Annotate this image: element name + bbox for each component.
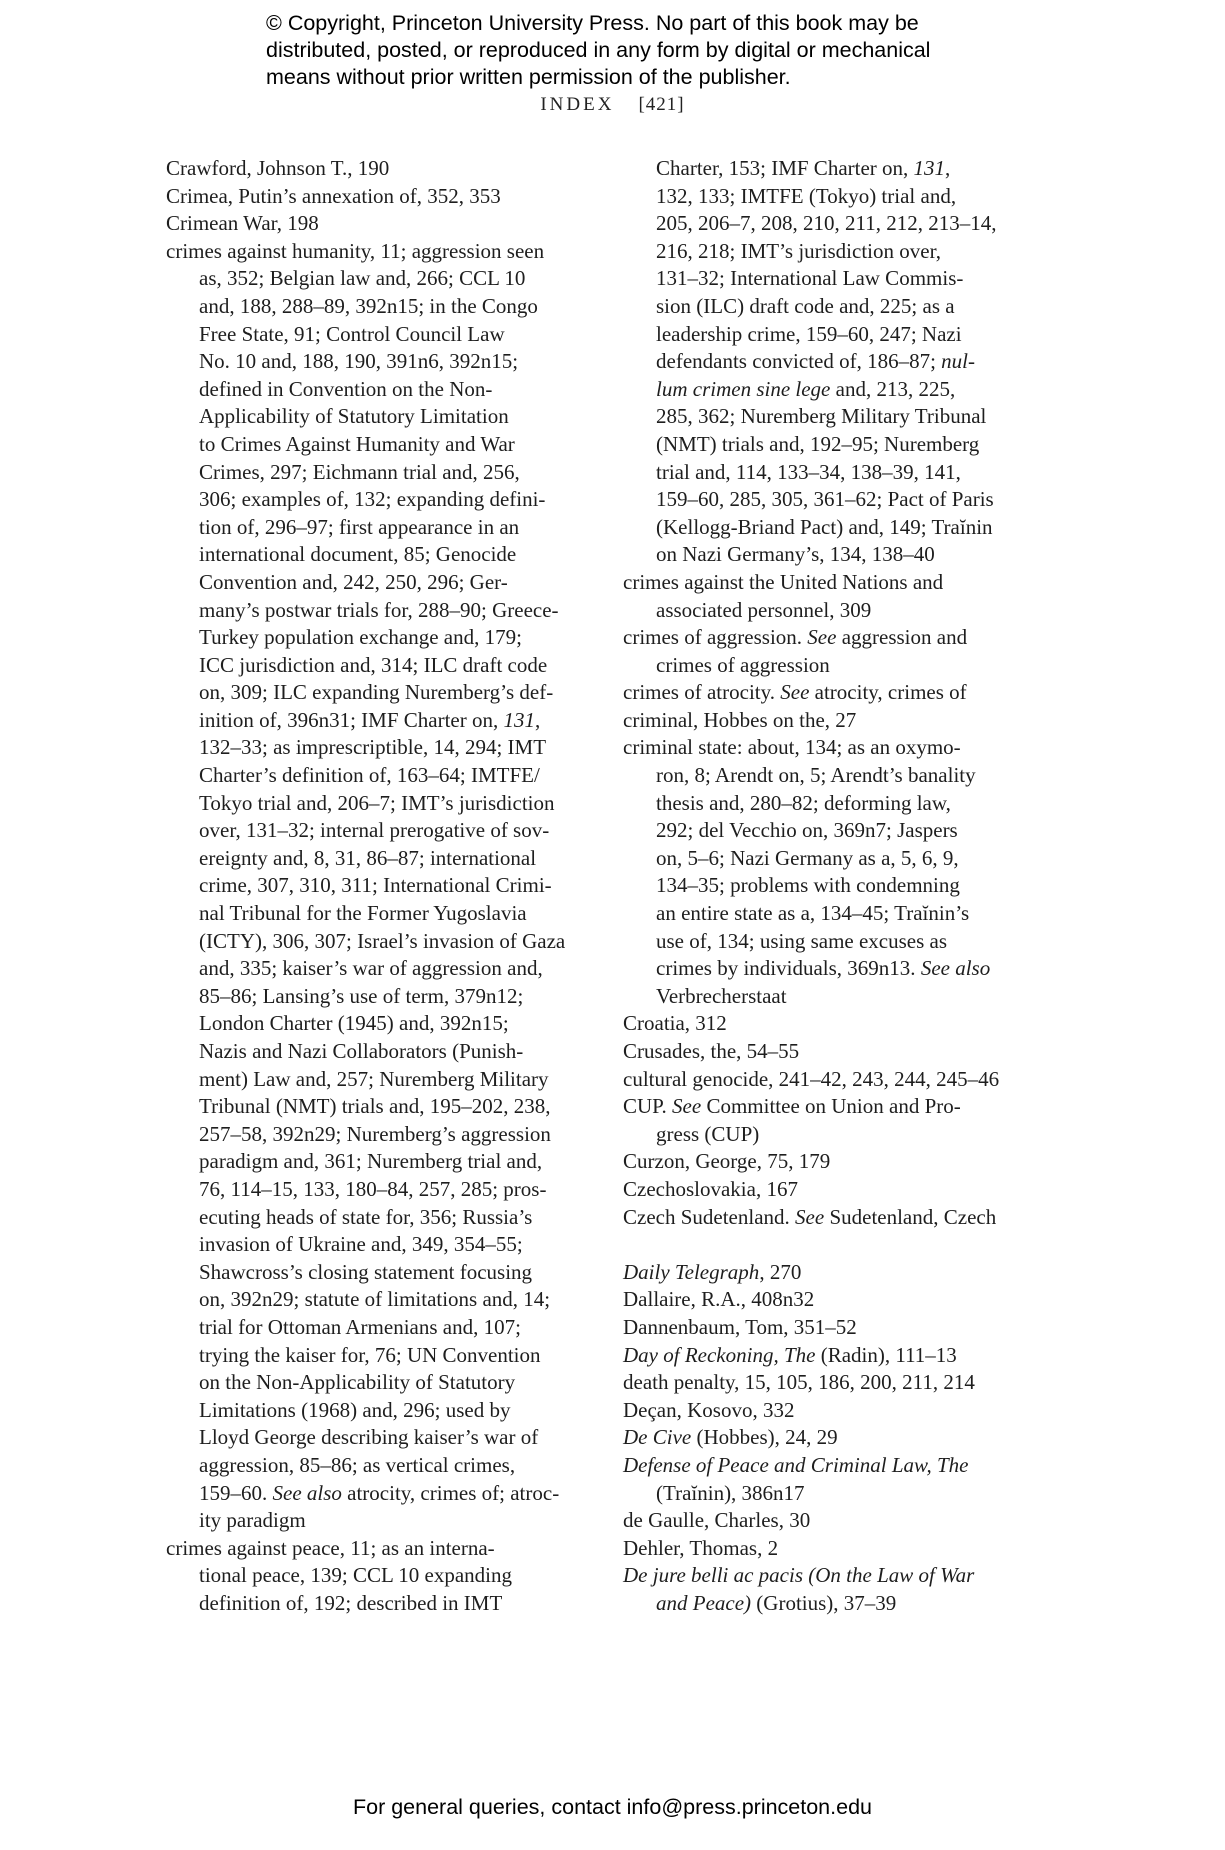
entry-text: aggression, 85–86; as vertical crimes, [199, 1453, 515, 1477]
index-subentry-line: sion (ILC) draft code and, 225; as a [623, 293, 1043, 321]
entry-text: ment) Law and, 257; Nuremberg Military [199, 1067, 549, 1091]
index-subentry-line: definition of, 192; described in IMT [166, 1590, 586, 1618]
italic-text: See [780, 680, 809, 704]
entry-text: crimes of atrocity. [623, 680, 780, 704]
index-subentry-line: gress (CUP) [623, 1121, 1043, 1149]
index-subentry-line: 76, 114–15, 133, 180–84, 257, 285; pros- [166, 1176, 586, 1204]
entry-text: gress (CUP) [656, 1122, 759, 1146]
index-subentry-line: associated personnel, 309 [623, 597, 1043, 625]
entry-text: crimes against the United Nations and [623, 570, 943, 594]
index-entry-line: cultural genocide, 241–42, 243, 244, 245… [623, 1066, 1043, 1094]
index-entry-line: Deçan, Kosovo, 332 [623, 1397, 1043, 1425]
entry-text: (ICTY), 306, 307; Israel’s invasion of G… [199, 929, 565, 953]
italic-text: See [807, 625, 836, 649]
entry-text: crimes of aggression [656, 653, 830, 677]
entry-text: use of, 134; using same excuses as [656, 929, 947, 953]
entry-text: and, 213, 225, [830, 377, 955, 401]
index-subentry-line: an entire state as a, 134–45; Traĭnin’s [623, 900, 1043, 928]
index-subentry-line: Shawcross’s closing statement focusing [166, 1259, 586, 1287]
entry-text: tion of, 296–97; first appearance in an [199, 515, 519, 539]
index-subentry-line: use of, 134; using same excuses as [623, 928, 1043, 956]
index-subentry-line: (ICTY), 306, 307; Israel’s invasion of G… [166, 928, 586, 956]
italic-text: and Peace) [656, 1591, 751, 1615]
entry-text: 216, 218; IMT’s jurisdiction over, [656, 239, 941, 263]
index-subentry-line: trial and, 114, 133–34, 138–39, 141, [623, 459, 1043, 487]
index-subentry-line: leadership crime, 159–60, 247; Nazi [623, 321, 1043, 349]
entry-text: Free State, 91; Control Council Law [199, 322, 505, 346]
entry-text: Crimea, Putin’s annexation of, 352, 353 [166, 184, 501, 208]
entry-text: Sudetenland, Czech [824, 1205, 996, 1229]
index-entry-line: De Cive (Hobbes), 24, 29 [623, 1424, 1043, 1452]
index-entry-line: Dehler, Thomas, 2 [623, 1535, 1043, 1563]
entry-text: Committee on Union and Pro- [701, 1094, 961, 1118]
index-entry-line: CUP. See Committee on Union and Pro- [623, 1093, 1043, 1121]
copyright-line: distributed, posted, or reproduced in an… [266, 37, 1026, 64]
index-subentry-line: 159–60. See also atrocity, crimes of; at… [166, 1480, 586, 1508]
italic-text: See also [921, 956, 990, 980]
entry-text: (Traĭnin), 386n17 [656, 1481, 805, 1505]
entry-text: on Nazi Germany’s, 134, 138–40 [656, 542, 935, 566]
entry-text: ity paradigm [199, 1508, 306, 1532]
entry-text: Curzon, George, 75, 179 [623, 1149, 830, 1173]
entry-text: atrocity, crimes of; atroc- [342, 1481, 559, 1505]
index-subentry-line: many’s postwar trials for, 288–90; Greec… [166, 597, 586, 625]
entry-text: Verbrecherstaat [656, 984, 787, 1008]
index-subentry-line: 132, 133; IMTFE (Tokyo) trial and, [623, 183, 1043, 211]
entry-text: over, 131–32; internal prerogative of so… [199, 818, 549, 842]
entry-text: crimes of aggression. [623, 625, 807, 649]
entry-text: Tokyo trial and, 206–7; IMT’s jurisdicti… [199, 791, 555, 815]
entry-text: atrocity, crimes of [809, 680, 966, 704]
index-column-left: Crawford, Johnson T., 190Crimea, Putin’s… [166, 155, 586, 1617]
footer-contact: For general queries, contact info@press.… [0, 1795, 1225, 1820]
index-entry-line: Daily Telegraph, 270 [623, 1259, 1043, 1287]
index-entry-line: Crawford, Johnson T., 190 [166, 155, 586, 183]
entry-text: death penalty, 15, 105, 186, 200, 211, 2… [623, 1370, 975, 1394]
entry-text: thesis and, 280–82; deforming law, [656, 791, 951, 815]
index-subentry-line: as, 352; Belgian law and, 266; CCL 10 [166, 265, 586, 293]
entry-text: (Radin), 111–13 [815, 1343, 956, 1367]
entry-text: crimes against peace, 11; as an interna- [166, 1536, 495, 1560]
entry-text: ICC jurisdiction and, 314; ILC draft cod… [199, 653, 547, 677]
entry-text: and, 335; kaiser’s war of aggression and… [199, 956, 543, 980]
entry-text: Turkey population exchange and, 179; [199, 625, 522, 649]
entry-text: criminal state: about, 134; as an oxymo- [623, 735, 961, 759]
entry-text: paradigm and, 361; Nuremberg trial and, [199, 1149, 542, 1173]
index-subentry-line: Nazis and Nazi Collaborators (Punish- [166, 1038, 586, 1066]
index-subentry-line: thesis and, 280–82; deforming law, [623, 790, 1043, 818]
entry-text: on the Non-Applicability of Statutory [199, 1370, 515, 1394]
entry-text: inition of, 396n31; IMF Charter on, [199, 708, 503, 732]
entry-text: 257–58, 392n29; Nuremberg’s aggression [199, 1122, 551, 1146]
index-entry-line: Czech Sudetenland. See Sudetenland, Czec… [623, 1204, 1043, 1232]
index-subentry-line: ereignty and, 8, 31, 86–87; internationa… [166, 845, 586, 873]
index-entry-line: Defense of Peace and Criminal Law, The [623, 1452, 1043, 1480]
index-subentry-line: 205, 206–7, 208, 210, 211, 212, 213–14, [623, 210, 1043, 238]
italic-text: See [672, 1094, 701, 1118]
index-subentry-line: 285, 362; Nuremberg Military Tribunal [623, 403, 1043, 431]
index-subentry-line: 131–32; International Law Commis- [623, 265, 1043, 293]
index-subentry-line: and Peace) (Grotius), 37–39 [623, 1590, 1043, 1618]
index-column-right: Charter, 153; IMF Charter on, 131,132, 1… [623, 155, 1043, 1617]
entry-text: to Crimes Against Humanity and War [199, 432, 515, 456]
entry-text: 159–60. [199, 1481, 273, 1505]
index-subentry-line: ICC jurisdiction and, 314; ILC draft cod… [166, 652, 586, 680]
entry-text: trying the kaiser for, 76; UN Convention [199, 1343, 541, 1367]
entry-text: international document, 85; Genocide [199, 542, 516, 566]
entry-text: on, 5–6; Nazi Germany as a, 5, 6, 9, [656, 846, 959, 870]
index-subentry-line: 85–86; Lansing’s use of term, 379n12; [166, 983, 586, 1011]
entry-text: Tribunal (NMT) trials and, 195–202, 238, [199, 1094, 551, 1118]
entry-text: de Gaulle, Charles, 30 [623, 1508, 810, 1532]
index-subentry-line: ity paradigm [166, 1507, 586, 1535]
entry-text: Crawford, Johnson T., 190 [166, 156, 389, 180]
entry-text: sion (ILC) draft code and, 225; as a [656, 294, 955, 318]
entry-text: 285, 362; Nuremberg Military Tribunal [656, 404, 986, 428]
entry-text: 134–35; problems with condemning [656, 873, 960, 897]
entry-text: Deçan, Kosovo, 332 [623, 1398, 794, 1422]
letter-group-gap [623, 1231, 1043, 1259]
entry-text: Dehler, Thomas, 2 [623, 1536, 778, 1560]
entry-text: many’s postwar trials for, 288–90; Greec… [199, 598, 559, 622]
entry-text: invasion of Ukraine and, 349, 354–55; [199, 1232, 523, 1256]
italic-text: De Cive [623, 1425, 691, 1449]
index-entry-line: Croatia, 312 [623, 1010, 1043, 1038]
entry-text: an entire state as a, 134–45; Traĭnin’s [656, 901, 969, 925]
index-entry-line: Crimea, Putin’s annexation of, 352, 353 [166, 183, 586, 211]
index-entry-line: crimes of aggression. See aggression and [623, 624, 1043, 652]
entry-text: (Grotius), 37–39 [751, 1591, 896, 1615]
entry-text: Dannenbaum, Tom, 351–52 [623, 1315, 857, 1339]
entry-text: Crusades, the, 54–55 [623, 1039, 799, 1063]
section-title: INDEX [540, 94, 614, 115]
index-subentry-line: to Crimes Against Humanity and War [166, 431, 586, 459]
page-number: [421] [638, 94, 684, 115]
index-subentry-line: Tokyo trial and, 206–7; IMT’s jurisdicti… [166, 790, 586, 818]
italic-text: Defense of Peace and Criminal Law, The [623, 1453, 969, 1477]
entry-text: crimes against humanity, 11; aggression … [166, 239, 544, 263]
index-subentry-line: London Charter (1945) and, 392n15; [166, 1010, 586, 1038]
index-subentry-line: crimes of aggression [623, 652, 1043, 680]
entry-text: (Hobbes), 24, 29 [691, 1425, 837, 1449]
index-subentry-line: on, 392n29; statute of limitations and, … [166, 1286, 586, 1314]
index-subentry-line: No. 10 and, 188, 190, 391n6, 392n15; [166, 348, 586, 376]
entry-text: Nazis and Nazi Collaborators (Punish- [199, 1039, 523, 1063]
index-subentry-line: 134–35; problems with condemning [623, 872, 1043, 900]
index-entry-line: de Gaulle, Charles, 30 [623, 1507, 1043, 1535]
entry-text: crime, 307, 310, 311; International Crim… [199, 873, 552, 897]
index-subentry-line: inition of, 396n31; IMF Charter on, 131, [166, 707, 586, 735]
index-subentry-line: nal Tribunal for the Former Yugoslavia [166, 900, 586, 928]
entry-text: , [535, 708, 540, 732]
entry-text: (NMT) trials and, 192–95; Nuremberg [656, 432, 979, 456]
index-subentry-line: crimes by individuals, 369n13. See also [623, 955, 1043, 983]
index-subentry-line: Verbrecherstaat [623, 983, 1043, 1011]
index-entry-line: Curzon, George, 75, 179 [623, 1148, 1043, 1176]
index-subentry-line: Turkey population exchange and, 179; [166, 624, 586, 652]
index-subentry-line: Lloyd George describing kaiser’s war of [166, 1424, 586, 1452]
index-subentry-line: on Nazi Germany’s, 134, 138–40 [623, 541, 1043, 569]
index-entry-line: Day of Reckoning, The (Radin), 111–13 [623, 1342, 1043, 1370]
entry-text: Dallaire, R.A., 408n32 [623, 1287, 814, 1311]
index-subentry-line: Applicability of Statutory Limitation [166, 403, 586, 431]
index-entry-line: criminal state: about, 134; as an oxymo- [623, 734, 1043, 762]
index-entry-line: De jure belli ac pacis (On the Law of Wa… [623, 1562, 1043, 1590]
entry-text: Lloyd George describing kaiser’s war of [199, 1425, 538, 1449]
entry-text: nal Tribunal for the Former Yugoslavia [199, 901, 527, 925]
index-subentry-line: and, 335; kaiser’s war of aggression and… [166, 955, 586, 983]
entry-text: Charter, 153; IMF Charter on, [656, 156, 914, 180]
italic-text: 131 [503, 708, 535, 732]
index-entry-line: crimes of atrocity. See atrocity, crimes… [623, 679, 1043, 707]
entry-text: trial for Ottoman Armenians and, 107; [199, 1315, 521, 1339]
index-subentry-line: 257–58, 392n29; Nuremberg’s aggression [166, 1121, 586, 1149]
entry-text: Applicability of Statutory Limitation [199, 404, 509, 428]
italic-text: nul- [941, 349, 975, 373]
entry-text: on, 309; ILC expanding Nuremberg’s def- [199, 680, 553, 704]
index-subentry-line: defendants convicted of, 186–87; nul- [623, 348, 1043, 376]
index-subentry-line: tional peace, 139; CCL 10 expanding [166, 1562, 586, 1590]
italic-text: lum crimen sine lege [656, 377, 830, 401]
entry-text: (Kellogg-Briand Pact) and, 149; Traĭnin [656, 515, 993, 539]
index-subentry-line: paradigm and, 361; Nuremberg trial and, [166, 1148, 586, 1176]
index-subentry-line: Limitations (1968) and, 296; used by [166, 1397, 586, 1425]
index-subentry-line: Crimes, 297; Eichmann trial and, 256, [166, 459, 586, 487]
entry-text: ecuting heads of state for, 356; Russia’… [199, 1205, 532, 1229]
index-entry-line: Crimean War, 198 [166, 210, 586, 238]
index-subentry-line: Convention and, 242, 250, 296; Ger- [166, 569, 586, 597]
index-subentry-line: 306; examples of, 132; expanding defini- [166, 486, 586, 514]
index-entry-line: death penalty, 15, 105, 186, 200, 211, 2… [623, 1369, 1043, 1397]
index-subentry-line: 159–60, 285, 305, 361–62; Pact of Paris [623, 486, 1043, 514]
entry-text: criminal, Hobbes on the, 27 [623, 708, 856, 732]
index-subentry-line: 132–33; as imprescriptible, 14, 294; IMT [166, 734, 586, 762]
entry-text: 131–32; International Law Commis- [656, 266, 963, 290]
entry-text: , [945, 156, 950, 180]
index-subentry-line: trying the kaiser for, 76; UN Convention [166, 1342, 586, 1370]
italic-text: Day of Reckoning, The [623, 1343, 815, 1367]
entry-text: defined in Convention on the Non- [199, 377, 492, 401]
entry-text: ereignty and, 8, 31, 86–87; internationa… [199, 846, 536, 870]
entry-text: 76, 114–15, 133, 180–84, 257, 285; pros- [199, 1177, 546, 1201]
index-entry-line: criminal, Hobbes on the, 27 [623, 707, 1043, 735]
entry-text: 159–60, 285, 305, 361–62; Pact of Paris [656, 487, 994, 511]
index-subentry-line: ecuting heads of state for, 356; Russia’… [166, 1204, 586, 1232]
index-entry-line: crimes against humanity, 11; aggression … [166, 238, 586, 266]
index-subentry-line: Charter, 153; IMF Charter on, 131, [623, 155, 1043, 183]
entry-text: London Charter (1945) and, 392n15; [199, 1011, 509, 1035]
entry-text: on, 392n29; statute of limitations and, … [199, 1287, 550, 1311]
index-entry-line: crimes against peace, 11; as an interna- [166, 1535, 586, 1563]
entry-text: 132–33; as imprescriptible, 14, 294; IMT [199, 735, 546, 759]
entry-text: defendants convicted of, 186–87; [656, 349, 941, 373]
italic-text: See [795, 1205, 824, 1229]
index-subentry-line: ron, 8; Arendt on, 5; Arendt’s banality [623, 762, 1043, 790]
index-subentry-line: 216, 218; IMT’s jurisdiction over, [623, 238, 1043, 266]
index-subentry-line: tion of, 296–97; first appearance in an [166, 514, 586, 542]
entry-text: 306; examples of, 132; expanding defini- [199, 487, 545, 511]
index-subentry-line: (Kellogg-Briand Pact) and, 149; Traĭnin [623, 514, 1043, 542]
entry-text: 292; del Vecchio on, 369n7; Jaspers [656, 818, 958, 842]
entry-text: 85–86; Lansing’s use of term, 379n12; [199, 984, 523, 1008]
italic-text: Daily Telegraph [623, 1260, 759, 1284]
index-entry-line: Dannenbaum, Tom, 351–52 [623, 1314, 1043, 1342]
entry-text: cultural genocide, 241–42, 243, 244, 245… [623, 1067, 999, 1091]
entry-text: No. 10 and, 188, 190, 391n6, 392n15; [199, 349, 518, 373]
copyright-line: means without prior written permission o… [266, 64, 1026, 91]
entry-text: crimes by individuals, 369n13. [656, 956, 921, 980]
index-subentry-line: (NMT) trials and, 192–95; Nuremberg [623, 431, 1043, 459]
index-subentry-line: trial for Ottoman Armenians and, 107; [166, 1314, 586, 1342]
index-subentry-line: invasion of Ukraine and, 349, 354–55; [166, 1231, 586, 1259]
copyright-line: © Copyright, Princeton University Press.… [266, 10, 1026, 37]
italic-text: See also [273, 1481, 342, 1505]
index-subentry-line: international document, 85; Genocide [166, 541, 586, 569]
entry-text: as, 352; Belgian law and, 266; CCL 10 [199, 266, 525, 290]
italic-text: 131 [914, 156, 946, 180]
index-subentry-line: Free State, 91; Control Council Law [166, 321, 586, 349]
entry-text: 205, 206–7, 208, 210, 211, 212, 213–14, [656, 211, 996, 235]
index-subentry-line: and, 188, 288–89, 392n15; in the Congo [166, 293, 586, 321]
italic-text: De jure belli ac pacis (On the Law of Wa… [623, 1563, 974, 1587]
index-subentry-line: on, 309; ILC expanding Nuremberg’s def- [166, 679, 586, 707]
entry-text: definition of, 192; described in IMT [199, 1591, 502, 1615]
entry-text: Crimes, 297; Eichmann trial and, 256, [199, 460, 520, 484]
entry-text: Czechoslovakia, 167 [623, 1177, 798, 1201]
entry-text: Shawcross’s closing statement focusing [199, 1260, 532, 1284]
entry-text: Czech Sudetenland. [623, 1205, 795, 1229]
entry-text: Convention and, 242, 250, 296; Ger- [199, 570, 508, 594]
entry-text: Limitations (1968) and, 296; used by [199, 1398, 510, 1422]
index-subentry-line: over, 131–32; internal prerogative of so… [166, 817, 586, 845]
entry-text: Charter’s definition of, 163–64; IMTFE/ [199, 763, 540, 787]
entry-text: , 270 [759, 1260, 801, 1284]
index-entry-line: crimes against the United Nations and [623, 569, 1043, 597]
entry-text: tional peace, 139; CCL 10 expanding [199, 1563, 512, 1587]
index-subentry-line: Tribunal (NMT) trials and, 195–202, 238, [166, 1093, 586, 1121]
entry-text: CUP. [623, 1094, 672, 1118]
index-subentry-line: Charter’s definition of, 163–64; IMTFE/ [166, 762, 586, 790]
index-subentry-line: (Traĭnin), 386n17 [623, 1480, 1043, 1508]
entry-text: ron, 8; Arendt on, 5; Arendt’s banality [656, 763, 976, 787]
entry-text: Crimean War, 198 [166, 211, 319, 235]
entry-text: aggression and [836, 625, 967, 649]
index-subentry-line: on the Non-Applicability of Statutory [166, 1369, 586, 1397]
copyright-notice: © Copyright, Princeton University Press.… [266, 10, 1026, 91]
entry-text: Croatia, 312 [623, 1011, 727, 1035]
running-head: INDEX[421] [0, 94, 1225, 116]
index-subentry-line: lum crimen sine lege and, 213, 225, [623, 376, 1043, 404]
index-subentry-line: defined in Convention on the Non- [166, 376, 586, 404]
entry-text: and, 188, 288–89, 392n15; in the Congo [199, 294, 538, 318]
entry-text: leadership crime, 159–60, 247; Nazi [656, 322, 962, 346]
index-entry-line: Czechoslovakia, 167 [623, 1176, 1043, 1204]
index-subentry-line: crime, 307, 310, 311; International Crim… [166, 872, 586, 900]
index-entry-line: Crusades, the, 54–55 [623, 1038, 1043, 1066]
index-entry-line: Dallaire, R.A., 408n32 [623, 1286, 1043, 1314]
entry-text: trial and, 114, 133–34, 138–39, 141, [656, 460, 961, 484]
entry-text: associated personnel, 309 [656, 598, 871, 622]
entry-text: 132, 133; IMTFE (Tokyo) trial and, [656, 184, 956, 208]
index-subentry-line: ment) Law and, 257; Nuremberg Military [166, 1066, 586, 1094]
index-subentry-line: 292; del Vecchio on, 369n7; Jaspers [623, 817, 1043, 845]
index-subentry-line: on, 5–6; Nazi Germany as a, 5, 6, 9, [623, 845, 1043, 873]
index-subentry-line: aggression, 85–86; as vertical crimes, [166, 1452, 586, 1480]
